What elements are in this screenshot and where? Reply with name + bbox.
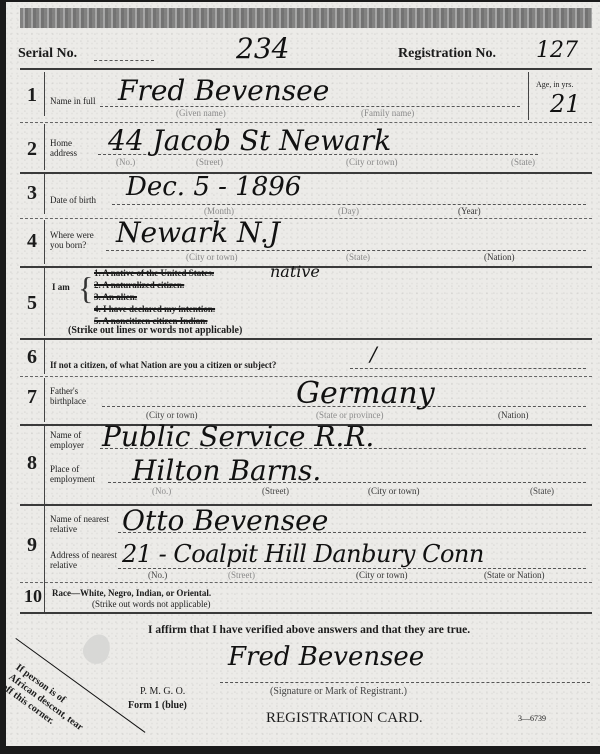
registration-value: 127 <box>536 38 578 63</box>
dob-label: Date of birth <box>50 195 96 205</box>
relative-address-label: Address of nearest relative <box>50 550 120 570</box>
row-divider <box>44 506 45 586</box>
race-label: Race—White, Negro, Indian, or Oriental. <box>52 588 211 598</box>
row-number: 10 <box>24 586 40 607</box>
rule <box>20 122 592 123</box>
card-title: REGISTRATION CARD. <box>266 710 423 727</box>
signature-line <box>220 682 590 683</box>
nearest-relative-label: Name of nearest relative <box>50 514 120 534</box>
row-number: 1 <box>24 84 40 107</box>
age-divider <box>528 72 529 120</box>
sublabel-city: (City or town) <box>346 157 398 167</box>
race-note: (Strike out words not applicable) <box>92 599 210 609</box>
sublabel-month: (Month) <box>204 206 234 216</box>
sublabel-day: (Day) <box>338 206 359 216</box>
registration-label: Registration No. <box>398 46 496 62</box>
sublabel-state: (State) <box>530 486 554 496</box>
row-divider <box>44 124 45 170</box>
employer-label: Name of employer <box>50 430 98 450</box>
sublabel-no: (No.) <box>152 486 171 496</box>
rule <box>20 172 592 174</box>
sublabel-state: (State or province) <box>316 410 383 420</box>
citizenship-option-3: 3. An alien. <box>94 292 137 302</box>
sublabel-city: (City or town) <box>186 252 238 262</box>
place-of-employment-label: Place of employment <box>50 464 110 484</box>
rule <box>20 338 592 340</box>
sublabel-street: (Street) <box>196 157 223 167</box>
row-number: 8 <box>24 452 40 475</box>
sublabel-city: (City or town) <box>356 570 408 580</box>
dob-value: Dec. 5 - 1896 <box>126 172 301 202</box>
watermark-leaf-icon <box>79 630 115 668</box>
serial-label: Serial No. <box>18 46 77 62</box>
birthplace-label: Where were you born? <box>50 230 108 250</box>
sublabel-nation: (Nation) <box>484 252 515 262</box>
nation-value: / <box>370 342 377 366</box>
row-divider <box>44 174 45 214</box>
sublabel-year: (Year) <box>458 206 481 216</box>
father-birthplace-label: Father's birthplace <box>50 386 100 406</box>
sublabel-no: (No.) <box>116 157 135 167</box>
row-number: 2 <box>24 138 40 161</box>
sublabel-no: (No.) <box>148 570 167 580</box>
sublabel-state-nation: (State or Nation) <box>484 570 544 580</box>
citizenship-option-1: 1. A native of the United States. <box>94 268 214 278</box>
signature-label: (Signature or Mark of Registrant.) <box>270 686 407 697</box>
scan-border-band <box>20 8 592 28</box>
form-label: Form 1 (blue) <box>128 700 187 711</box>
nation-line <box>350 368 586 369</box>
row-divider <box>44 72 45 116</box>
sublabel-given-name: (Given name) <box>176 108 226 118</box>
signature-value: Fred Bevensee <box>228 642 424 672</box>
row-divider <box>44 426 45 506</box>
citizenship-value: native <box>270 262 320 281</box>
serial-value: 234 <box>236 32 289 65</box>
rule <box>20 68 592 70</box>
citizenship-option-2: 2. A naturalized citizen. <box>94 280 184 290</box>
sublabel-street: (Street) <box>262 486 289 496</box>
sublabel-state: (State) <box>346 252 370 262</box>
father-birthplace-value: Germany <box>296 376 435 411</box>
dob-line <box>112 204 586 205</box>
row-number: 9 <box>24 534 40 557</box>
row-divider <box>44 268 45 336</box>
row-number: 6 <box>24 346 40 369</box>
row-number: 3 <box>24 182 40 205</box>
home-address-value: 44 Jacob St Newark <box>108 124 391 157</box>
home-address-label: Home address <box>50 138 90 158</box>
relative-address-value: 21 - Coalpit Hill Danbury Conn <box>122 540 484 568</box>
age-label: Age, in yrs. <box>536 80 573 90</box>
i-am-label: I am <box>52 282 70 292</box>
place-of-employment-value: Hilton Barns. <box>132 454 321 487</box>
row-number: 7 <box>24 386 40 409</box>
birthplace-line <box>106 250 586 251</box>
sublabel-family-name: (Family name) <box>361 108 414 118</box>
tear-off-corner-note: If person is of African descent, tear of… <box>0 662 93 744</box>
age-value: 21 <box>550 90 581 118</box>
registration-card: Serial No. 234 Registration No. 127 1 Na… <box>6 2 600 746</box>
sublabel-nation: (Nation) <box>498 410 529 420</box>
row-divider <box>44 378 45 422</box>
row-number: 5 <box>24 292 40 315</box>
sublabel-state: (State) <box>511 157 535 167</box>
row-divider <box>44 584 45 612</box>
birthplace-value: Newark N.J <box>116 216 280 249</box>
strike-out-note: (Strike out lines or words not applicabl… <box>68 326 242 336</box>
row-divider <box>44 340 45 374</box>
nation-label: If not a citizen, of what Nation are you… <box>50 360 276 370</box>
row-divider <box>44 220 45 264</box>
name-value: Fred Bevensee <box>118 74 329 107</box>
name-label: Name in full <box>50 96 96 106</box>
nearest-relative-value: Otto Bevensee <box>122 504 328 537</box>
form-code: 3—6739 <box>518 714 546 723</box>
sublabel-city: (City or town) <box>146 410 198 420</box>
relative-address-line <box>118 568 586 569</box>
brace: { <box>78 270 93 307</box>
employer-value: Public Service R.R. <box>102 420 374 453</box>
rule <box>20 218 592 219</box>
citizenship-option-4: 4. I have declared my intention. <box>94 304 215 314</box>
sublabel-city: (City or town) <box>368 486 420 496</box>
pmgo-label: P. M. G. O. <box>140 686 185 697</box>
serial-line <box>94 60 154 61</box>
rule <box>20 612 592 614</box>
rule <box>20 582 592 583</box>
sublabel-street: (Street) <box>228 570 255 580</box>
row-number: 4 <box>24 230 40 253</box>
affirmation-text: I affirm that I have verified above answ… <box>148 624 470 636</box>
